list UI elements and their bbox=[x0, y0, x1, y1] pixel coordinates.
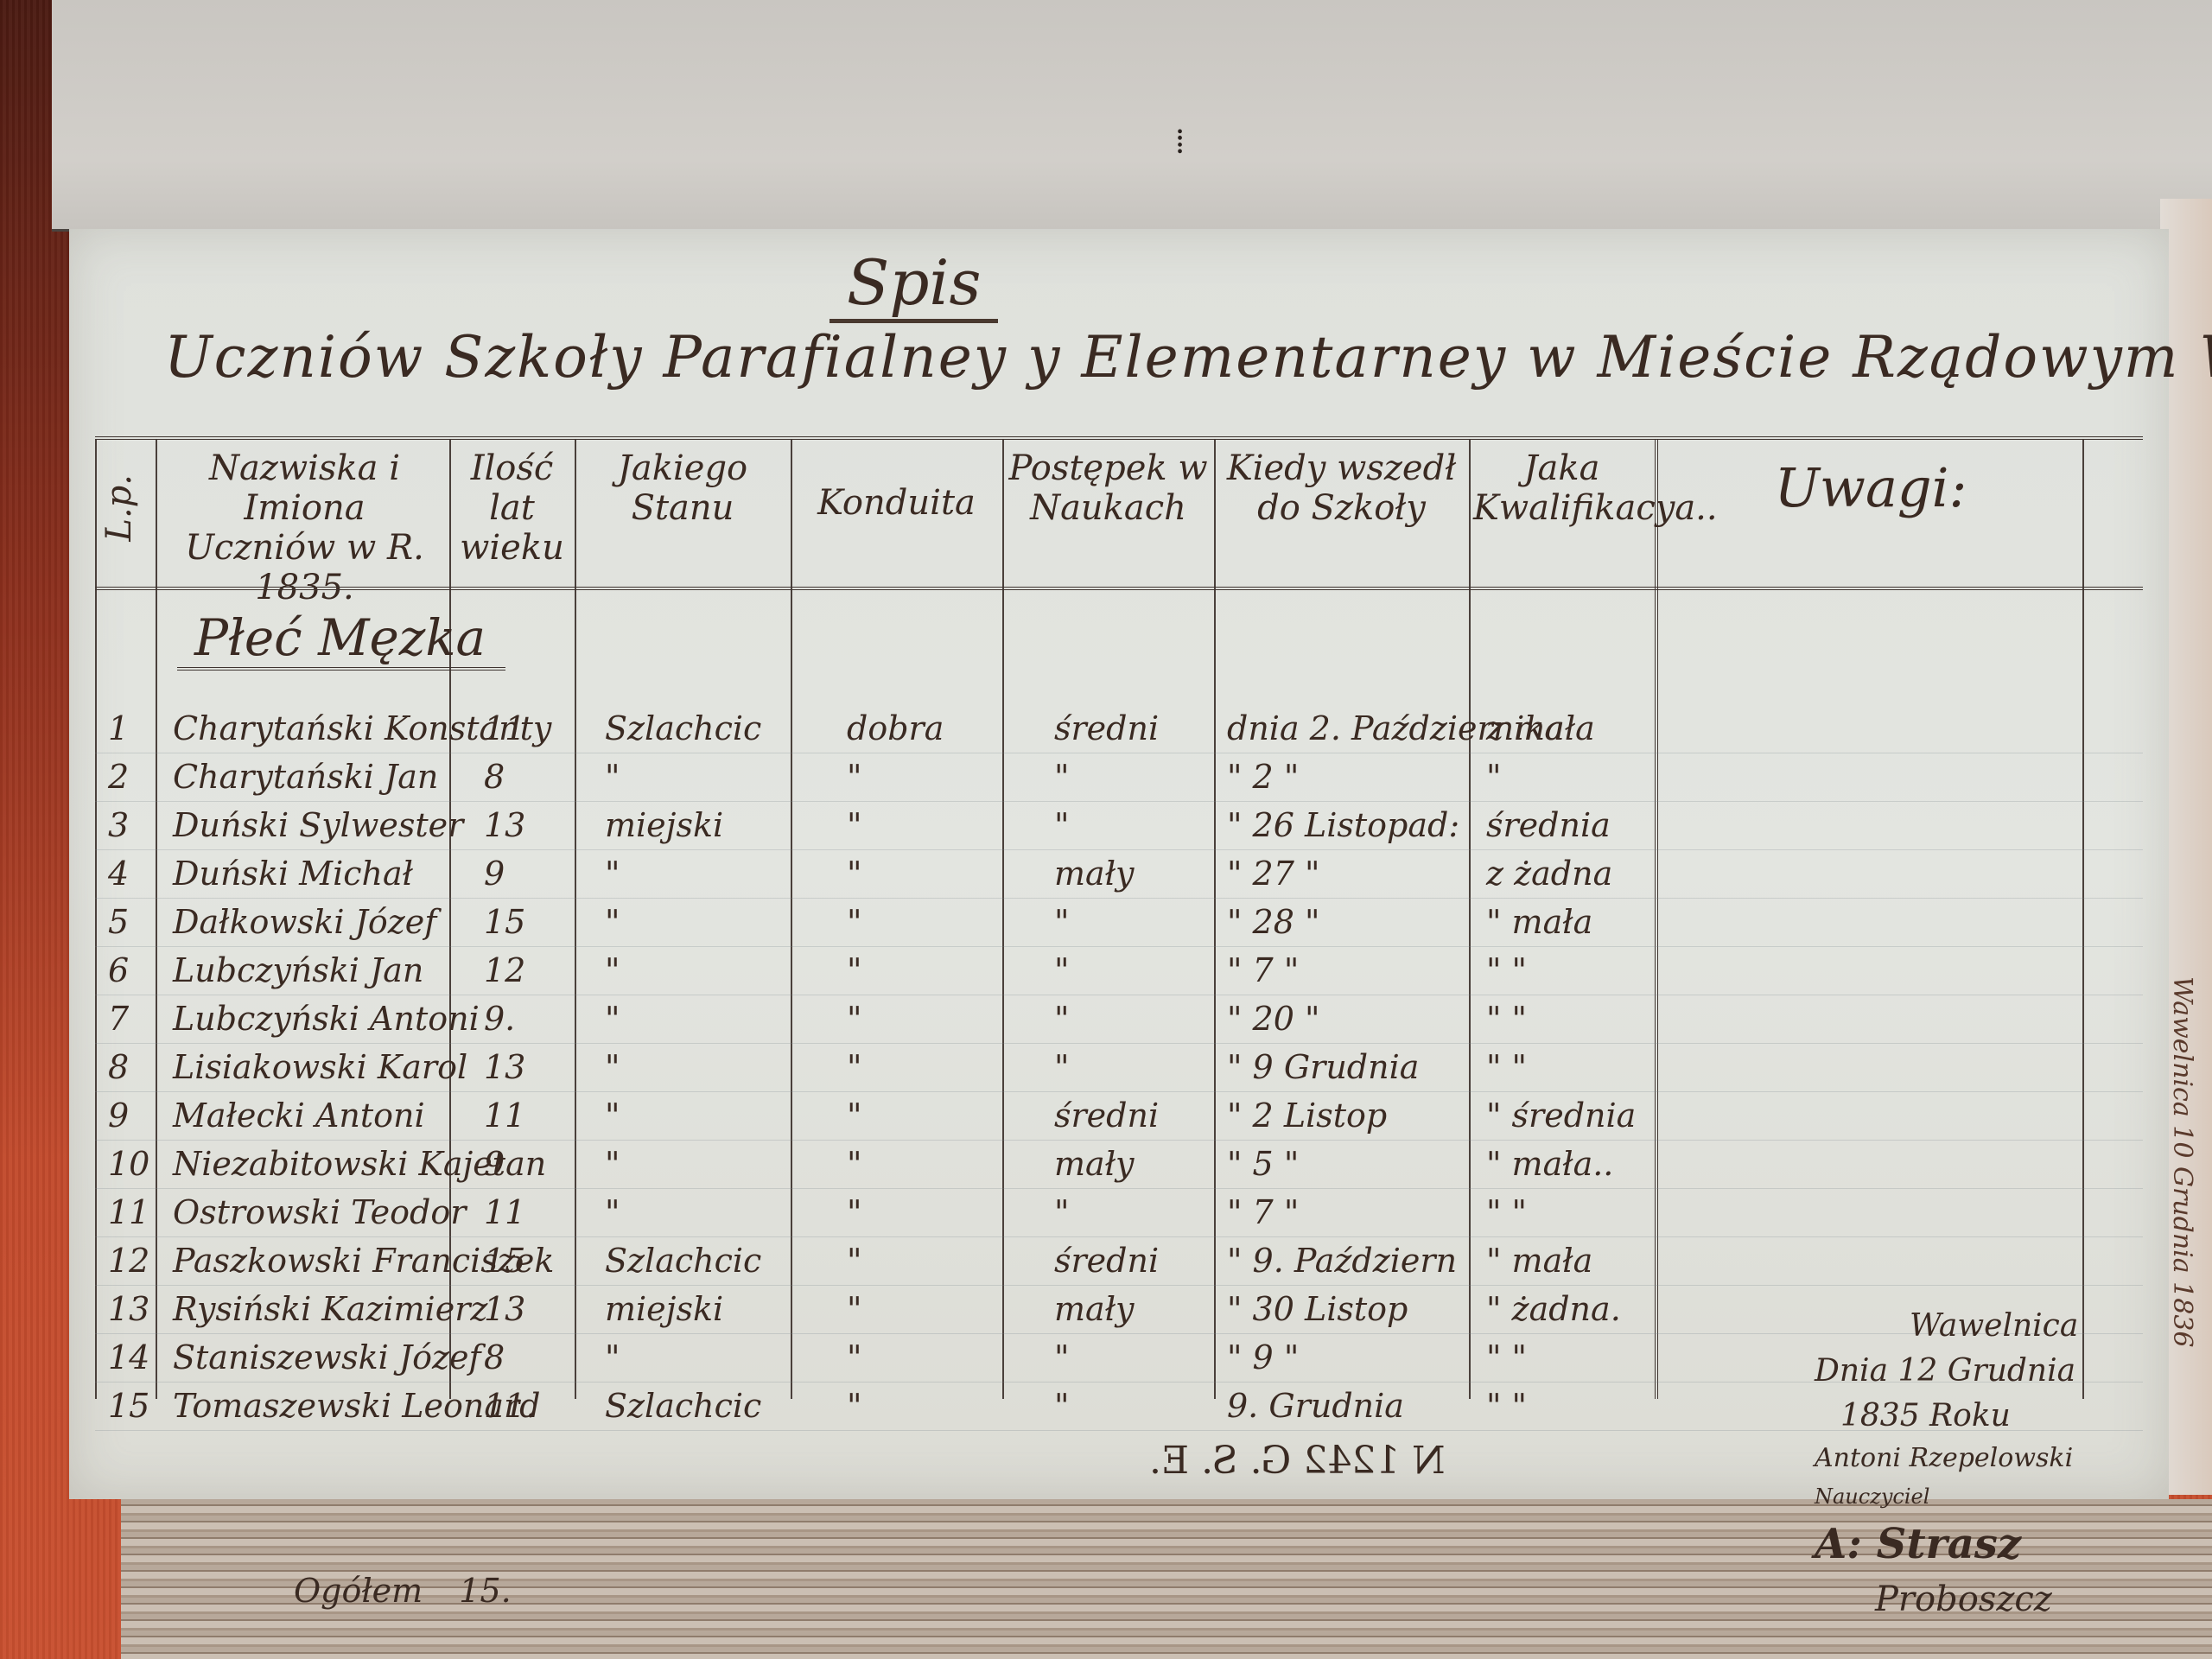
row-conduct: " bbox=[847, 1000, 861, 1038]
row-number: 2 bbox=[108, 758, 129, 796]
header-entered: Kiedy wszedł do Szkoły bbox=[1218, 448, 1465, 528]
row-name: Duński Michał bbox=[173, 855, 413, 893]
table-row: 5Dałkowski Józef15"""" 28 "" mała bbox=[95, 901, 2143, 947]
header-progress: Postępek w Naukach bbox=[1007, 448, 1210, 528]
row-qualification: " żadna. bbox=[1486, 1290, 1621, 1328]
row-progress: " bbox=[1054, 758, 1069, 796]
row-conduct: " bbox=[847, 1387, 861, 1425]
row-entered: " 9 Grudnia bbox=[1227, 1048, 1419, 1086]
row-number: 10 bbox=[108, 1145, 149, 1183]
row-qualification: " " bbox=[1486, 1338, 1527, 1376]
row-number: 11 bbox=[108, 1193, 149, 1231]
row-qualification: średnia bbox=[1486, 806, 1611, 844]
row-conduct: " bbox=[847, 1193, 861, 1231]
section-label-male: Płeć Męzka bbox=[177, 608, 505, 671]
row-entered: " 30 Listop bbox=[1227, 1290, 1408, 1328]
row-age: 13 bbox=[484, 806, 525, 844]
previous-page-leaf: ⁞ bbox=[52, 0, 2212, 232]
row-name: Charytański Jan bbox=[173, 758, 438, 796]
title-block: Spis Uczniów Szkoły Parafialney y Elemen… bbox=[121, 246, 2108, 402]
row-estate: " bbox=[605, 1145, 620, 1183]
row-age: 13 bbox=[484, 1290, 525, 1328]
row-estate: " bbox=[605, 855, 620, 893]
row-number: 14 bbox=[108, 1338, 149, 1376]
remarks-teacher: Antoni Rzepelowski Nauczyciel bbox=[1815, 1440, 2143, 1515]
row-age: 13 bbox=[484, 1048, 525, 1086]
row-qualification: z żadna bbox=[1486, 855, 1612, 893]
header-conduct: Konduita bbox=[795, 483, 998, 523]
row-conduct: " bbox=[847, 903, 861, 941]
row-number: 5 bbox=[108, 903, 129, 941]
pupil-register-table: L.p. Nazwiska i Imiona Uczniów w R. 1835… bbox=[95, 436, 2143, 1399]
row-age: 8 bbox=[484, 1338, 505, 1376]
row-entered: " 2 Listop bbox=[1227, 1096, 1387, 1135]
teacher-name: Antoni Rzepelowski bbox=[1815, 1443, 2073, 1473]
row-entered: " 27 " bbox=[1227, 855, 1319, 893]
row-name: Małecki Antoni bbox=[173, 1096, 425, 1135]
row-name: Dałkowski Józef bbox=[173, 903, 436, 941]
priest-signature: A: Strasz bbox=[1815, 1515, 2143, 1575]
row-progress: mały bbox=[1054, 1290, 1134, 1328]
row-progress: " bbox=[1054, 806, 1069, 844]
row-entered: " 7 " bbox=[1227, 1193, 1299, 1231]
priest-role: Proboszcz bbox=[1815, 1574, 2143, 1624]
row-age: 12 bbox=[484, 951, 525, 989]
row-progress: " bbox=[1054, 903, 1069, 941]
remarks-place: Wawelnica bbox=[1815, 1304, 2143, 1349]
row-number: 8 bbox=[108, 1048, 129, 1086]
row-number: 12 bbox=[108, 1242, 149, 1280]
row-entered: " 9. Październ bbox=[1227, 1242, 1457, 1280]
row-entered: " 5 " bbox=[1227, 1145, 1299, 1183]
row-conduct: " bbox=[847, 806, 861, 844]
row-number: 13 bbox=[108, 1290, 149, 1328]
row-estate: miejski bbox=[605, 1290, 723, 1328]
row-number: 1 bbox=[108, 709, 129, 747]
row-conduct: " bbox=[847, 855, 861, 893]
row-name: Staniszewski Józef bbox=[173, 1338, 481, 1376]
row-number: 4 bbox=[108, 855, 129, 893]
row-conduct: " bbox=[847, 951, 861, 989]
teacher-role: Nauczyciel bbox=[1815, 1484, 1929, 1509]
row-estate: Szlachcic bbox=[605, 709, 761, 747]
table-row: 9Małecki Antoni11""średni" 2 Listop" śre… bbox=[95, 1095, 2143, 1141]
row-estate: miejski bbox=[605, 806, 723, 844]
row-progress: " bbox=[1054, 1000, 1069, 1038]
row-progress: średni bbox=[1054, 709, 1159, 747]
header-names: Nazwiska i Imiona Uczniów w R. 1835. bbox=[164, 448, 445, 607]
table-row: 7Lubczyński Antoni9."""" 20 "" " bbox=[95, 998, 2143, 1044]
row-progress: średni bbox=[1054, 1096, 1159, 1135]
row-progress: " bbox=[1054, 1387, 1069, 1425]
row-age: 11. bbox=[484, 1387, 536, 1425]
row-estate: " bbox=[605, 1048, 620, 1086]
row-age: 11 bbox=[484, 1096, 525, 1135]
row-qualification: " " bbox=[1486, 1000, 1527, 1038]
header-qualification: Jaka Kwalifikacya.. bbox=[1473, 448, 1650, 528]
row-qualification: " mała.. bbox=[1486, 1145, 1613, 1183]
row-age: 11 bbox=[484, 709, 525, 747]
row-conduct: dobra bbox=[847, 709, 944, 747]
row-qualification: " średnia bbox=[1486, 1096, 1636, 1135]
row-number: 3 bbox=[108, 806, 129, 844]
table-row: 12Paszkowski Franciszek15Szlachcic"średn… bbox=[95, 1240, 2143, 1286]
total-label: Ogółem bbox=[294, 1572, 423, 1610]
row-estate: " bbox=[605, 1338, 620, 1376]
row-number: 9 bbox=[108, 1096, 129, 1135]
header-rule bbox=[95, 587, 2143, 590]
register-page: Spis Uczniów Szkoły Parafialney y Elemen… bbox=[69, 229, 2169, 1499]
row-conduct: " bbox=[847, 758, 861, 796]
row-entered: " 9 " bbox=[1227, 1338, 1299, 1376]
table-row: 2Charytański Jan8"""" 2 "" bbox=[95, 756, 2143, 802]
row-progress: " bbox=[1054, 1338, 1069, 1376]
document-title: Uczniów Szkoły Parafialney y Elementarne… bbox=[164, 324, 2212, 391]
header-remarks: Uwagi: bbox=[1663, 457, 2078, 518]
table-row: 1Charytański Konstanty11Szlachcicdobraśr… bbox=[95, 708, 2143, 753]
row-name: Ostrowski Teodor bbox=[173, 1193, 466, 1231]
row-age: 15 bbox=[484, 1242, 525, 1280]
table-row: 4Duński Michał9""mały" 27 "z żadna bbox=[95, 853, 2143, 899]
row-qualification: " bbox=[1486, 758, 1501, 796]
row-qualification: " " bbox=[1486, 1048, 1527, 1086]
row-estate: " bbox=[605, 951, 620, 989]
row-entered: " 20 " bbox=[1227, 1000, 1319, 1038]
row-number: 15 bbox=[108, 1387, 149, 1425]
row-entered: " 2 " bbox=[1227, 758, 1299, 796]
row-qualification: z mała bbox=[1486, 709, 1595, 747]
row-estate: Szlachcic bbox=[605, 1242, 761, 1280]
row-conduct: " bbox=[847, 1096, 861, 1135]
document-heading: Spis bbox=[829, 246, 998, 323]
table-row: 10Niezabitowski Kajetan9""mały" 5 "" mał… bbox=[95, 1143, 2143, 1189]
row-estate: " bbox=[605, 1000, 620, 1038]
row-conduct: " bbox=[847, 1145, 861, 1183]
row-estate: " bbox=[605, 1193, 620, 1231]
row-conduct: " bbox=[847, 1242, 861, 1280]
row-name: Lubczyński Antoni bbox=[173, 1000, 480, 1038]
row-progress: " bbox=[1054, 1048, 1069, 1086]
row-progress: " bbox=[1054, 951, 1069, 989]
row-number: 6 bbox=[108, 951, 129, 989]
row-progress: średni bbox=[1054, 1242, 1159, 1280]
row-age: 9 bbox=[484, 1145, 505, 1183]
row-qualification: " " bbox=[1486, 1193, 1527, 1231]
row-entered: " 26 Listopad: bbox=[1227, 806, 1459, 844]
margin-note: Wawelnica 10 Grudnia 1836 bbox=[2167, 976, 2197, 1348]
row-age: 8 bbox=[484, 758, 505, 796]
row-conduct: " bbox=[847, 1338, 861, 1376]
table-row: 6Lubczyński Jan12"""" 7 "" " bbox=[95, 950, 2143, 995]
row-estate: " bbox=[605, 903, 620, 941]
table-row: 3Duński Sylwester13miejski""" 26 Listopa… bbox=[95, 804, 2143, 850]
row-name: Lisiakowski Karol bbox=[173, 1048, 467, 1086]
header-number: L.p. bbox=[99, 474, 151, 542]
row-estate: Szlachcic bbox=[605, 1387, 761, 1425]
row-name: Rysiński Kazimierz bbox=[173, 1290, 487, 1328]
remarks-year: 1835 Roku bbox=[1815, 1394, 2143, 1439]
row-entered: " 7 " bbox=[1227, 951, 1299, 989]
table-row: 8Lisiakowski Karol13"""" 9 Grudnia" " bbox=[95, 1046, 2143, 1092]
row-age: 9. bbox=[484, 1000, 515, 1038]
row-estate: " bbox=[605, 758, 620, 796]
row-qualification: " " bbox=[1486, 951, 1527, 989]
row-name: Duński Sylwester bbox=[173, 806, 463, 844]
row-entered: 9. Grudnia bbox=[1227, 1387, 1404, 1425]
row-name: Lubczyński Jan bbox=[173, 951, 423, 989]
header-estate: Jakiego Stanu bbox=[579, 448, 786, 528]
row-conduct: " bbox=[847, 1290, 861, 1328]
row-progress: " bbox=[1054, 1193, 1069, 1231]
ink-spot: ⁞ bbox=[1175, 121, 1185, 162]
remarks-signature-block: Wawelnica Dnia 12 Grudnia 1835 Roku Anto… bbox=[1815, 1304, 2143, 1624]
row-progress: mały bbox=[1054, 1145, 1134, 1183]
row-entered: " 28 " bbox=[1227, 903, 1319, 941]
row-qualification: " mała bbox=[1486, 903, 1592, 941]
header-age: Ilość lat wieku bbox=[454, 448, 570, 568]
row-estate: " bbox=[605, 1096, 620, 1135]
row-qualification: " mała bbox=[1486, 1242, 1592, 1280]
row-progress: mały bbox=[1054, 855, 1134, 893]
total-row: Ogółem 15. bbox=[294, 1572, 512, 1610]
row-conduct: " bbox=[847, 1048, 861, 1086]
remarks-date: Dnia 12 Grudnia bbox=[1815, 1349, 2143, 1394]
total-value: 15. bbox=[459, 1572, 511, 1610]
row-age: 9 bbox=[484, 855, 505, 893]
bleed-through-text: N 1242 G. S. E. bbox=[1149, 1439, 1446, 1483]
row-qualification: " " bbox=[1486, 1387, 1527, 1425]
row-number: 7 bbox=[108, 1000, 129, 1038]
table-row: 11Ostrowski Teodor11"""" 7 "" " bbox=[95, 1192, 2143, 1237]
row-age: 15 bbox=[484, 903, 525, 941]
row-age: 11 bbox=[484, 1193, 525, 1231]
